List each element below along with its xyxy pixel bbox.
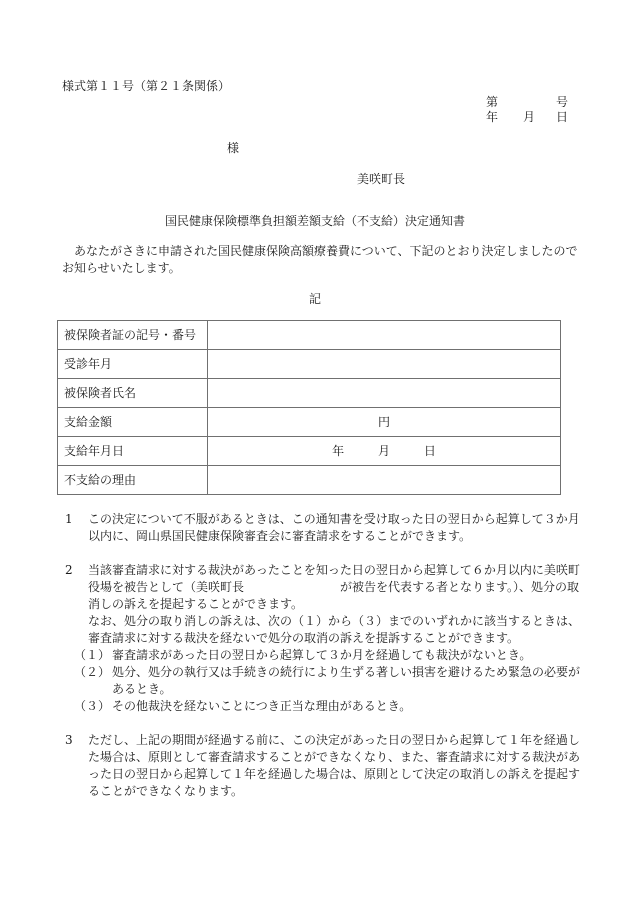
note-text: 当該審査請求に対する裁決があったことを知った日の翌日から起算して６か月以内に美咲… xyxy=(88,562,582,613)
date-month: 月 xyxy=(523,109,535,126)
document-title: 国民健康保険標準負担額差額支給（不支給）決定通知書 xyxy=(0,213,630,230)
sub-item: （３） その他裁決を経ないことにつき正当な理由があるとき。 xyxy=(74,698,582,715)
note-text: この決定について不服があるときは、この通知書を受け取った日の翌日から起算して３か… xyxy=(88,511,582,545)
note-item: 2 当該審査請求に対する裁決があったことを知った日の翌日から起算して６か月以内に… xyxy=(62,562,582,715)
row-label: 受診年月 xyxy=(58,350,208,379)
row-value-non-payment-reason xyxy=(208,466,561,495)
table-row: 支給金額 円 xyxy=(58,408,561,437)
note-number: 1 xyxy=(65,511,73,528)
row-label: 被保険者氏名 xyxy=(58,379,208,408)
sub-text: その他裁決を経ないことにつき正当な理由があるとき。 xyxy=(112,699,411,713)
sub-text: 審査請求があった日の翌日から起算して３か月を経過しても裁決がないとき。 xyxy=(112,648,531,662)
date-day: 日 xyxy=(556,109,568,126)
row-label: 支給金額 xyxy=(58,408,208,437)
note-text: ただし、上記の期間が経過する前に、この決定があった日の翌日から起算して１年を経過… xyxy=(88,732,582,800)
table-row: 不支給の理由 xyxy=(58,466,561,495)
note-text-supplement: なお、処分の取り消しの訴えは、次の（１）から（３）までのいずれかに該当するときは… xyxy=(88,613,582,647)
row-label: 被保険者証の記号・番号 xyxy=(58,321,208,350)
row-label: 支給年月日 xyxy=(58,437,208,466)
table-row: 受診年月 xyxy=(58,350,561,379)
row-value-insurance-number xyxy=(208,321,561,350)
table-row: 支給年月日 年 月 日 xyxy=(58,437,561,466)
sub-item: （２） 処分、処分の執行又は手続きの続行により生ずる著しい損害を避けるため緊急の… xyxy=(74,664,582,698)
sub-item: （１） 審査請求があった日の翌日から起算して３か月を経過しても裁決がないとき。 xyxy=(74,647,582,664)
form-number: 様式第１１号（第２１条関係） xyxy=(62,78,230,95)
row-label: 不支給の理由 xyxy=(58,466,208,495)
row-value-insured-name xyxy=(208,379,561,408)
sender: 美咲町長 xyxy=(357,171,405,188)
note-item: 1 この決定について不服があるときは、この通知書を受け取った日の翌日から起算して… xyxy=(62,511,582,545)
row-value-amount: 円 xyxy=(208,408,561,437)
table-row: 被保険者氏名 xyxy=(58,379,561,408)
sub-number: （２） xyxy=(74,664,110,681)
sub-number: （３） xyxy=(74,698,110,715)
sub-number: （１） xyxy=(74,647,110,664)
date-year: 年 xyxy=(486,109,498,126)
payment-year: 年 xyxy=(332,443,344,460)
sub-text: 処分、処分の執行又は手続きの続行により生ずる著しい損害を避けるため緊急の必要があ… xyxy=(112,665,580,696)
note-item: 3 ただし、上記の期間が経過する前に、この決定があった日の翌日から起算して１年を… xyxy=(62,732,582,800)
payment-month: 月 xyxy=(378,443,390,460)
notes-list: 1 この決定について不服があるときは、この通知書を受け取った日の翌日から起算して… xyxy=(62,511,582,817)
table-row: 被保険者証の記号・番号 xyxy=(58,321,561,350)
note-number: 3 xyxy=(65,732,73,749)
info-table: 被保険者証の記号・番号 受診年月 被保険者氏名 支給金額 円 支給年月日 年 月… xyxy=(57,320,561,495)
intro-paragraph: あなたがさきに申請された国民健康保険高額療養費について、下記のとおり決定しました… xyxy=(62,243,582,277)
ki-heading: 記 xyxy=(0,291,630,308)
note-number: 2 xyxy=(65,562,73,579)
addressee: 様 xyxy=(227,140,239,157)
row-value-visit-month xyxy=(208,350,561,379)
row-value-payment-date: 年 月 日 xyxy=(208,437,561,466)
payment-day: 日 xyxy=(424,443,436,460)
